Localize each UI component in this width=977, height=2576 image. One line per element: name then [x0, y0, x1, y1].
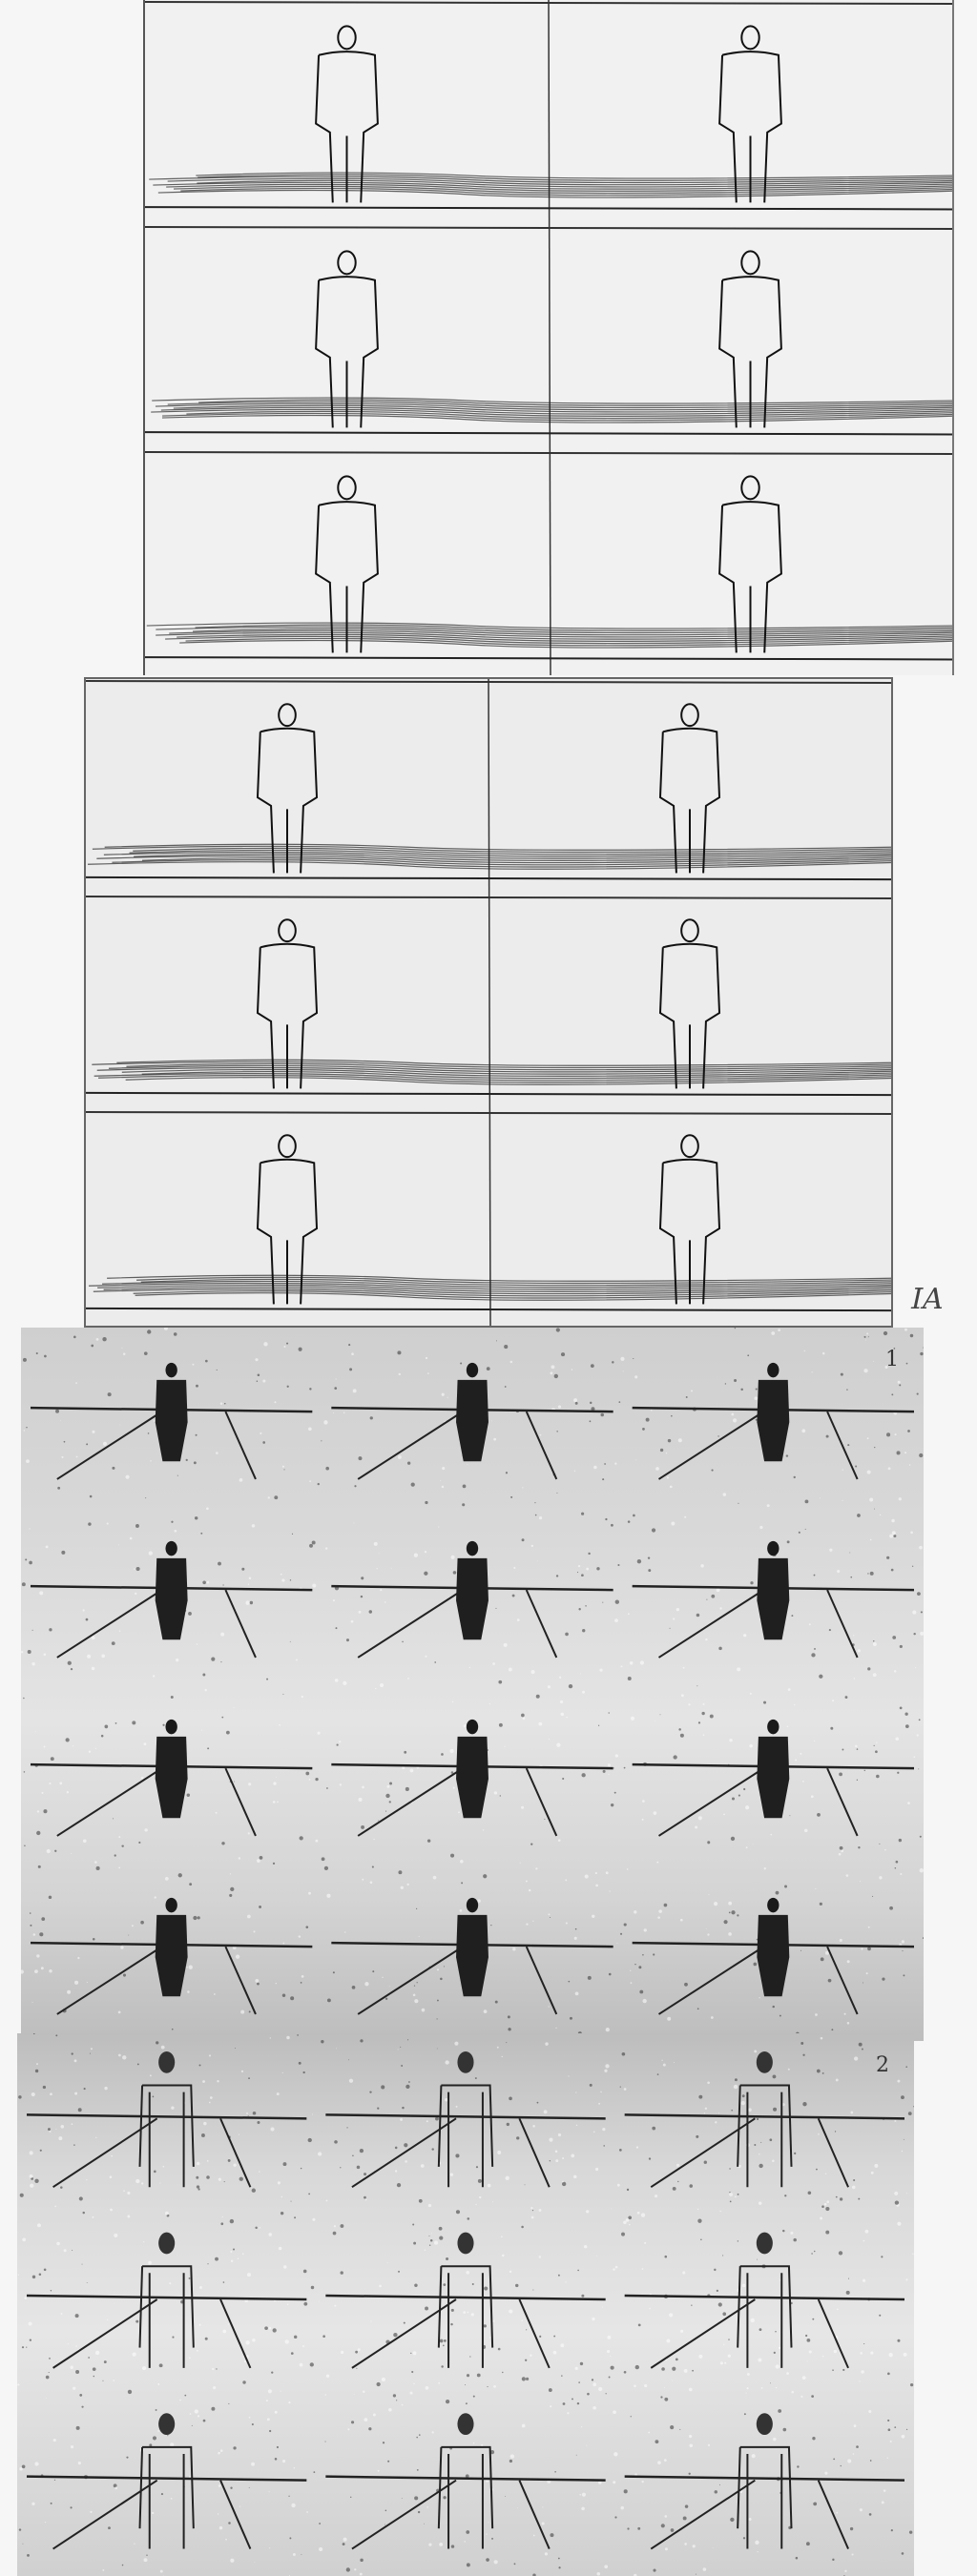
artist-signature: IA	[907, 1283, 946, 1316]
plate-4: 2	[17, 2033, 914, 2576]
plate-2	[84, 677, 893, 1328]
plate-1	[143, 0, 954, 675]
plate-2-drawing	[86, 679, 891, 1326]
plate-3: 1	[21, 1328, 924, 2041]
plate-3-drawing: 1	[21, 1328, 924, 2041]
plate-1-drawing	[145, 0, 952, 675]
svg-text:2: 2	[876, 2053, 889, 2077]
plate-4-drawing: 2	[17, 2033, 914, 2576]
svg-text:1: 1	[885, 1348, 899, 1371]
